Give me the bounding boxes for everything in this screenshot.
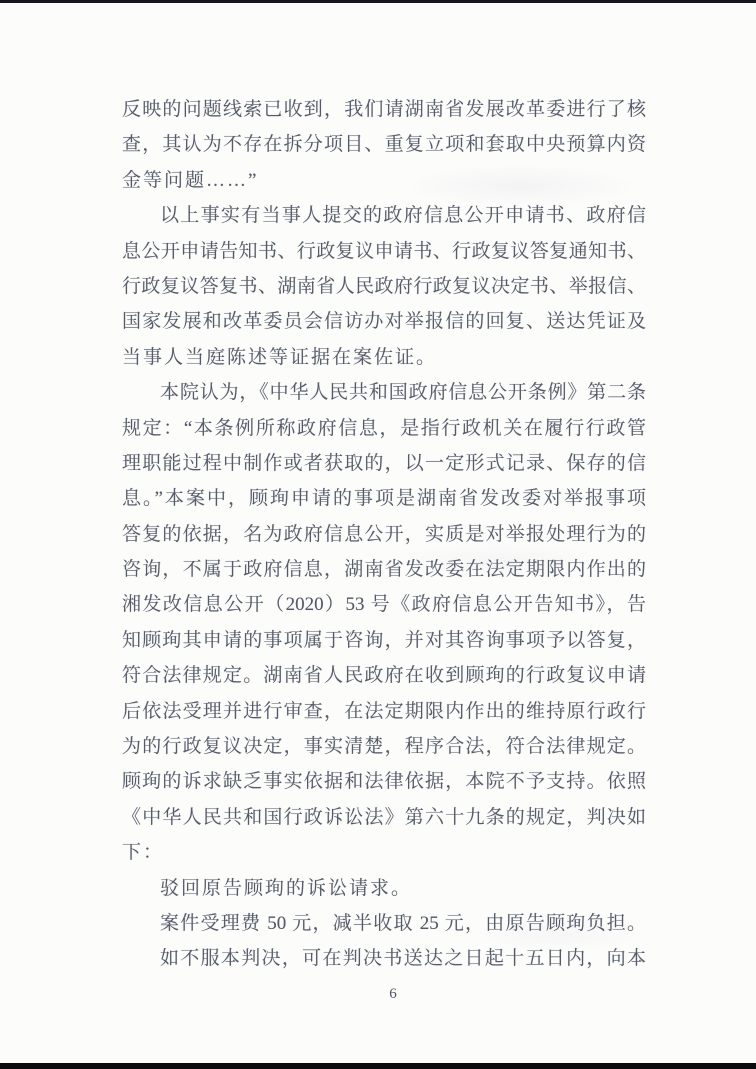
text-line: 查，其认为不存在拆分项目、重复立项和套取中央预算内资: [122, 127, 646, 162]
page-number: 6: [131, 986, 655, 1003]
document-body: 反映的问题线索已收到，我们请湖南省发展改革委进行了核查，其认为不存在拆分项目、重…: [122, 92, 646, 977]
text-line: 顾珣的诉求缺乏事实依据和法律依据，本院不予支持。依照: [122, 764, 646, 799]
scan-edge-bottom: [0, 1063, 756, 1069]
text-line: 国家发展和改革委员会信访办对举报信的回复、送达凭证及: [122, 304, 646, 339]
text-line: 符合法律规定。湖南省人民政府在收到顾珣的行政复议申请: [122, 658, 646, 693]
text-line: 《中华人民共和国行政诉讼法》第六十九条的规定，判决如: [122, 800, 646, 835]
text-line: 息。”本案中，顾珣申请的事项是湖南省发改委对举报事项: [122, 481, 646, 516]
text-line: 湘发改信息公开（2020）53 号《政府信息公开告知书》，告: [122, 587, 646, 622]
text-line: 驳回原告顾珣的诉讼请求。: [122, 871, 646, 906]
text-line: 答复的依据，名为政府信息公开，实质是对举报处理行为的: [122, 517, 646, 552]
text-line: 后依法受理并进行审查，在法定期限内作出的维持原行政行: [122, 694, 646, 729]
text-line: 以上事实有当事人提交的政府信息公开申请书、政府信: [122, 198, 646, 233]
text-line: 咨询，不属于政府信息，湖南省发改委在法定期限内作出的: [122, 552, 646, 587]
text-line: 金等问题……”: [122, 163, 646, 198]
text-line: 息公开申请告知书、行政复议申请书、行政复议答复通知书、: [122, 234, 646, 269]
text-line: 反映的问题线索已收到，我们请湖南省发展改革委进行了核: [122, 92, 646, 127]
text-line: 如不服本判决，可在判决书送达之日起十五日内，向本: [122, 941, 646, 976]
scan-edge-top: [0, 0, 756, 3]
text-line: 为的行政复议决定，事实清楚，程序合法，符合法律规定。: [122, 729, 646, 764]
text-line: 当事人当庭陈述等证据在案佐证。: [122, 340, 646, 375]
text-line: 知顾珣其申请的事项属于咨询，并对其咨询事项予以答复，: [122, 623, 646, 658]
text-line: 行政复议答复书、湖南省人民政府行政复议决定书、举报信、: [122, 269, 646, 304]
text-line: 本院认为，《中华人民共和国政府信息公开条例》第二条: [122, 375, 646, 410]
text-line: 理职能过程中制作或者获取的，以一定形式记录、保存的信: [122, 446, 646, 481]
text-line: 规定：“本条例所称政府信息，是指行政机关在履行行政管: [122, 411, 646, 446]
text-line: 下：: [122, 835, 646, 870]
text-line: 案件受理费 50 元，减半收取 25 元，由原告顾珣负担。: [122, 906, 646, 941]
